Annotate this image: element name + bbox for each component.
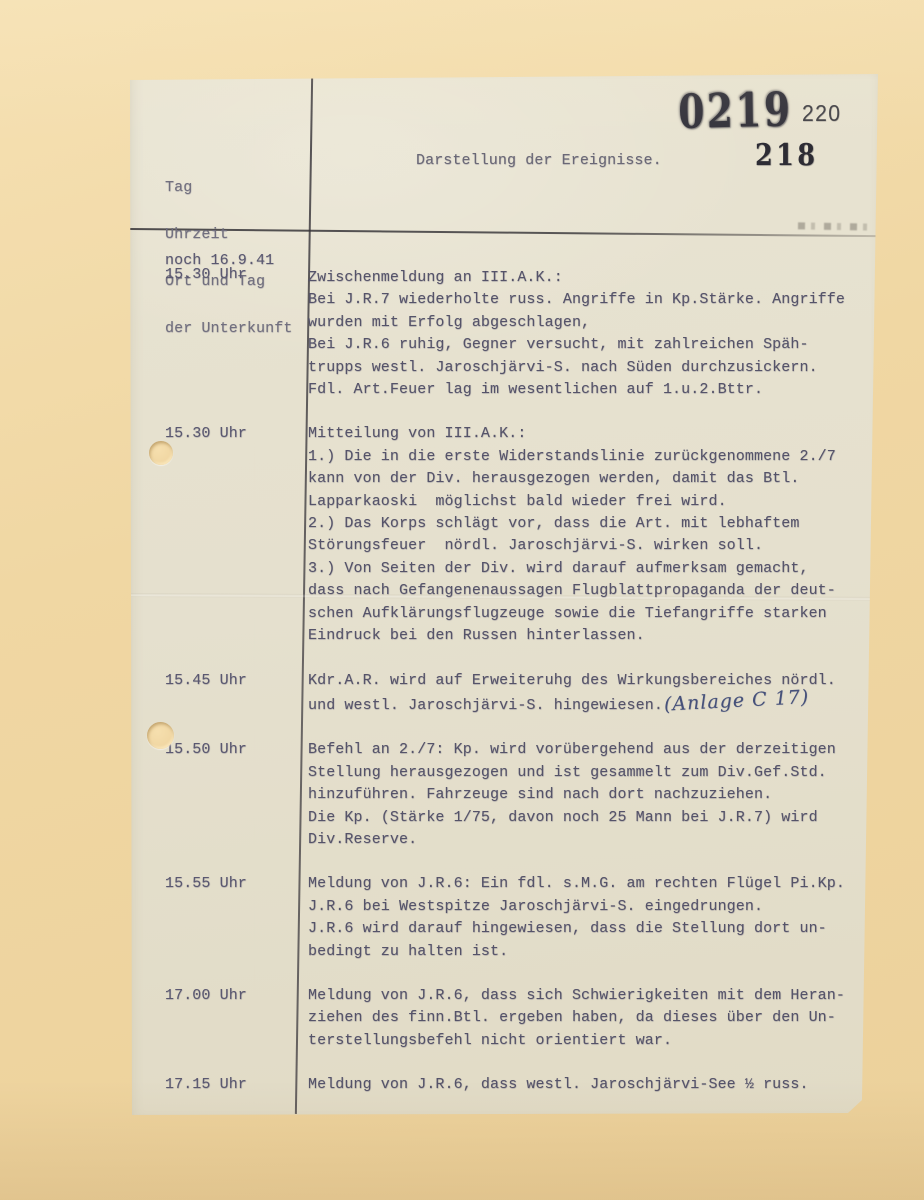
entry-time: 17.00 Uhr [165,985,308,1052]
entry-time: 17.15 Uhr [165,1074,308,1096]
entry-text-line: Mitteilung von III.A.K.: [308,423,855,445]
entry-text-line: Störungsfeuer nördl. Jaroschjärvi-S. wir… [308,535,855,557]
log-entry: 15.30 Uhr Mitteilung von III.A.K.:1.) Di… [165,423,855,647]
entry-text-line: Fdl. Art.Feuer lag im wesentlichen auf 1… [308,379,855,401]
pencil-smudge [798,222,874,230]
entry-time: 15.50 Uhr [165,739,308,851]
entry-time: 15.45 Uhr [165,670,308,718]
entry-text-line: Meldung von J.R.6, dass sich Schwierigke… [308,985,855,1007]
header-label-uhrzeit: Uhrzeit [165,227,292,243]
log-entry: 17.00 Uhr Meldung von J.R.6, dass sich S… [165,985,855,1052]
entry-text-line: Meldung von J.R.6, dass westl. Jaroschjä… [308,1074,855,1096]
entry-text-line: J.R.6 bei Westspitze Jaroschjärvi-S. ein… [308,896,855,918]
time-line: 17.00 Uhr [165,985,308,1007]
entry-text-line: Eindruck bei den Russen hinterlassen. [308,625,855,647]
entry-text-line: 1.) Die in die erste Widerstandslinie zu… [308,446,855,468]
time-line: 15.30 Uhr [165,268,308,282]
entries-list: noch 16.9.4115.30 Uhr Zwischenmeldung an… [165,267,855,1097]
log-entry: 17.15 Uhr Meldung von J.R.6, dass westl.… [165,1074,855,1096]
entry-text-line: J.R.6 wird darauf hingewiesen, dass die … [308,918,855,940]
entry-text-line: Bei J.R.6 ruhig, Gegner versucht, mit za… [308,334,855,356]
document-page: Tag Uhrzeit Ort und Tag der Unterkunft D… [126,72,882,1118]
entry-text-line: wurden mit Erfolg abgeschlagen, [308,312,855,334]
page-stamp-small: 218 [755,142,818,170]
entry-time: 15.55 Uhr [165,873,308,963]
time-line: 15.50 Uhr [165,739,308,761]
entry-text-line: trupps westl. Jaroschjärvi-S. nach Süden… [308,357,855,379]
entry-text-line: 3.) Von Seiten der Div. wird darauf aufm… [308,558,855,580]
entry-text-line: Befehl an 2./7: Kp. wird vorübergehend a… [308,739,855,761]
entry-text-line: terstellungsbefehl nicht orientiert war. [308,1030,855,1052]
entry-text-line: Bei J.R.7 wiederholte russ. Angriffe in … [308,289,855,311]
entry-text-line: Zwischenmeldung an III.A.K.: [308,267,855,289]
entry-text-line: und westl. Jaroschjärvi-S. hingewiesen. … [308,692,855,717]
entry-text-line: kann von der Div. herausgezogen werden, … [308,468,855,490]
entry-text-line: ziehen des finn.Btl. ergeben haben, da d… [308,1007,855,1029]
entry-text: Meldung von J.R.6, dass sich Schwierigke… [308,985,855,1052]
page-number-typed: 220 [802,102,841,125]
entry-text: Befehl an 2./7: Kp. wird vorübergehend a… [308,739,855,851]
entry-text-line: Div.Reserve. [308,829,855,851]
entry-text: Meldung von J.R.6, dass westl. Jaroschjä… [308,1074,855,1096]
entry-time: 15.30 Uhr [165,423,308,647]
entry-text: Meldung von J.R.6: Ein fdl. s.M.G. am re… [308,873,855,963]
entry-text-line: dass nach Gefangenenaussagen Flugblattpr… [308,580,855,602]
punch-hole-bottom [147,722,174,749]
entry-text-line: schen Aufklärungsflugzeuge sowie die Tie… [308,603,855,625]
entry-text-line: Lapparkaoski möglichst bald wieder frei … [308,491,855,513]
entry-text-line: Die Kp. (Stärke 1/75, davon noch 25 Mann… [308,807,855,829]
log-entry: 15.50 Uhr Befehl an 2./7: Kp. wird vorüb… [165,739,855,851]
entry-text-line: Stellung herausgezogen und ist gesammelt… [308,762,855,784]
entry-text-line: 2.) Das Korps schlägt vor, dass die Art.… [308,513,855,535]
time-line: 17.15 Uhr [165,1074,308,1096]
entry-text-line: bedingt zu halten ist. [308,941,855,963]
entry-time: noch 16.9.4115.30 Uhr [165,254,308,401]
time-line: 15.30 Uhr [165,423,308,445]
entry-text: Kdr.A.R. wird auf Erweiteruhg des Wirkun… [308,670,855,718]
entry-text-line: hinzuführen. Fahrzeuge sind nach dort na… [308,784,855,806]
header-label-tag: Tag [165,180,292,196]
log-entry: noch 16.9.4115.30 Uhr Zwischenmeldung an… [165,267,855,401]
entry-text: Zwischenmeldung an III.A.K.:Bei J.R.7 wi… [308,267,855,401]
events-column-header: Darstellung der Ereignisse. [416,150,662,172]
log-entry: 15.45 Uhr Kdr.A.R. wird auf Erweiteruhg … [165,670,855,718]
punch-hole-top [149,441,173,465]
time-line: 15.45 Uhr [165,670,308,692]
page-stamp-large: 0219 [678,90,793,134]
time-line: 15.55 Uhr [165,873,308,895]
log-entry: 15.55 Uhr Meldung von J.R.6: Ein fdl. s.… [165,873,855,963]
entry-text-line: Meldung von J.R.6: Ein fdl. s.M.G. am re… [308,873,855,895]
entry-text: Mitteilung von III.A.K.:1.) Die in die e… [308,423,855,647]
